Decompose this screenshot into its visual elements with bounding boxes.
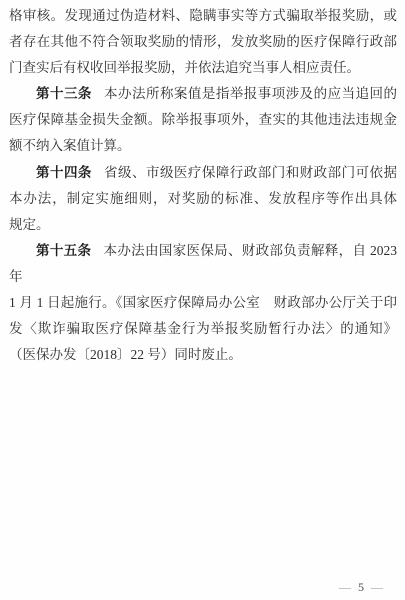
text-line: 额不纳入案值计算。 [9,133,397,159]
text-line: 门查实后有权收回举报奖励，并依法追究当事人相应责任。 [9,55,397,81]
line-text: 本办法，制定实施细则，对奖励的标准、发放程序等作出具体 [9,191,397,206]
line-text: 省级、市级医疗保障行政部门和财政部门可依据 [104,165,397,180]
text-line: 本办法，制定实施细则，对奖励的标准、发放程序等作出具体 [9,186,397,212]
text-line: 规定。 [9,212,397,238]
article-number-14: 第十四条 [36,165,92,180]
text-line: 第十四条省级、市级医疗保障行政部门和财政部门可依据 [9,160,397,186]
text-line: 1 月 1 日起施行。《国家医疗保障局办公室 财政部办公厅关于印 [9,290,397,316]
line-text: 者存在其他不符合领取奖励的情形，发放奖励的医疗保障行政部 [9,34,397,49]
article-number-15: 第十五条 [36,243,91,258]
line-text: 发〈欺诈骗取医疗保障基金行为举报奖励暂行办法〉的通知》 [9,321,397,336]
text-line: 第十五条本办法由国家医保局、财政部负责解释，自 2023 年 [9,238,397,290]
page-number-value: 5 [358,580,364,594]
line-text: 本办法所称案值是指举报事项涉及的应当追回的 [104,86,397,101]
page-number-left-dash: — [339,580,351,594]
line-text: 额不纳入案值计算。 [9,138,131,153]
text-line: 医疗保障基金损失金额。除举报事项外，查实的其他违法违规金 [9,107,397,133]
text-line: 第十三条本办法所称案值是指举报事项涉及的应当追回的 [9,81,397,107]
text-line: 格审核。发现通过伪造材料、隐瞒事实等方式骗取举报奖励，或 [9,3,397,29]
line-text: 门查实后有权收回举报奖励，并依法追究当事人相应责任。 [9,60,360,75]
line-text: （医保办发〔2018〕22 号）同时废止。 [9,347,242,362]
text-line: （医保办发〔2018〕22 号）同时废止。 [9,342,397,368]
line-text: 规定。 [9,217,50,232]
text-line: 者存在其他不符合领取奖励的情形，发放奖励的医疗保障行政部 [9,29,397,55]
article-number-13: 第十三条 [36,86,92,101]
page-number-right-dash: — [371,580,383,594]
document-text-block: 格审核。发现通过伪造材料、隐瞒事实等方式骗取举报奖励，或 者存在其他不符合领取奖… [9,3,397,368]
line-text: 1 月 1 日起施行。《国家医疗保障局办公室 财政部办公厅关于印 [9,295,397,310]
line-text: 医疗保障基金损失金额。除举报事项外，查实的其他违法违规金 [9,112,397,127]
page-number: —5— [339,580,383,594]
document-page: 格审核。发现通过伪造材料、隐瞒事实等方式骗取举报奖励，或 者存在其他不符合领取奖… [0,0,405,600]
line-text: 格审核。发现通过伪造材料、隐瞒事实等方式骗取举报奖励，或 [9,8,397,23]
text-line: 发〈欺诈骗取医疗保障基金行为举报奖励暂行办法〉的通知》 [9,316,397,342]
